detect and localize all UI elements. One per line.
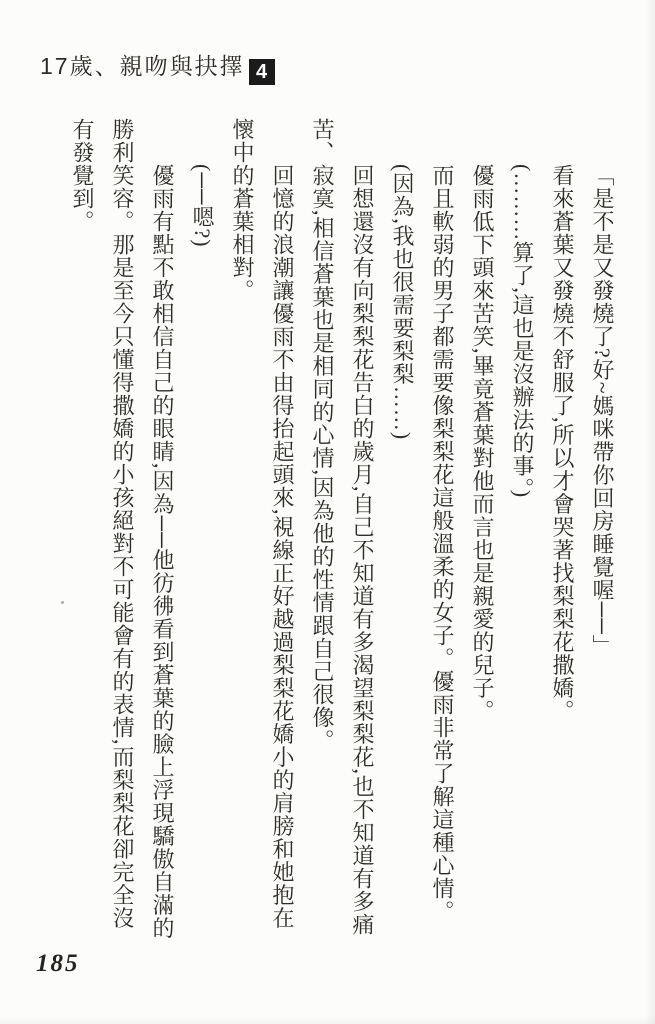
paragraph: 「是不是又發燒了?好~媽咪帶你回房睡覺喔──」	[582, 118, 622, 948]
chapter-header: 17歲、親吻與抉擇4	[40, 48, 275, 85]
paragraph: 優雨低下頭來苦笑,畢竟蒼葉對他而言也是親愛的兒子。	[462, 118, 502, 948]
paragraph: 優雨有點不敢相信自己的眼睛,因為──他彷彿看到蒼葉的臉上浮現驕傲自滿的勝利笑容。…	[62, 118, 182, 948]
scan-speck	[61, 601, 64, 604]
paragraph: (………算了,這也是沒辦法的事。)	[502, 118, 542, 948]
volume-badge: 4	[249, 59, 275, 85]
book-page: 17歲、親吻與抉擇4 「是不是又發燒了?好~媽咪帶你回房睡覺喔──」 看來蒼葉又…	[0, 0, 655, 1024]
chapter-title: 17歲、親吻與抉擇	[40, 53, 245, 79]
paragraph: (因為,我也很需要梨梨……)	[382, 118, 422, 948]
scan-edge-shadow	[0, 1016, 655, 1024]
body-text: 「是不是又發燒了?好~媽咪帶你回房睡覺喔──」 看來蒼葉又發燒不舒服了,所以才會…	[62, 118, 622, 948]
paragraph: (──嗯?)	[182, 118, 222, 948]
paragraph: 而且軟弱的男子都需要像梨梨花這般溫柔的女子。優雨非常了解這種心情。	[422, 118, 462, 948]
paragraph: 回想還沒有向梨梨花告白的歲月,自己不知道有多渴望梨梨花,也不知道有多痛苦、寂寞,…	[302, 118, 382, 948]
scan-edge-shadow	[645, 0, 655, 1024]
paragraph: 看來蒼葉又發燒不舒服了,所以才會哭著找梨梨花撒嬌。	[542, 118, 582, 948]
paragraph: 回憶的浪潮讓優雨不由得抬起頭來,視線正好越過梨梨花嬌小的肩膀和她抱在懷中的蒼葉相…	[222, 118, 302, 948]
page-number: 185	[36, 950, 80, 978]
